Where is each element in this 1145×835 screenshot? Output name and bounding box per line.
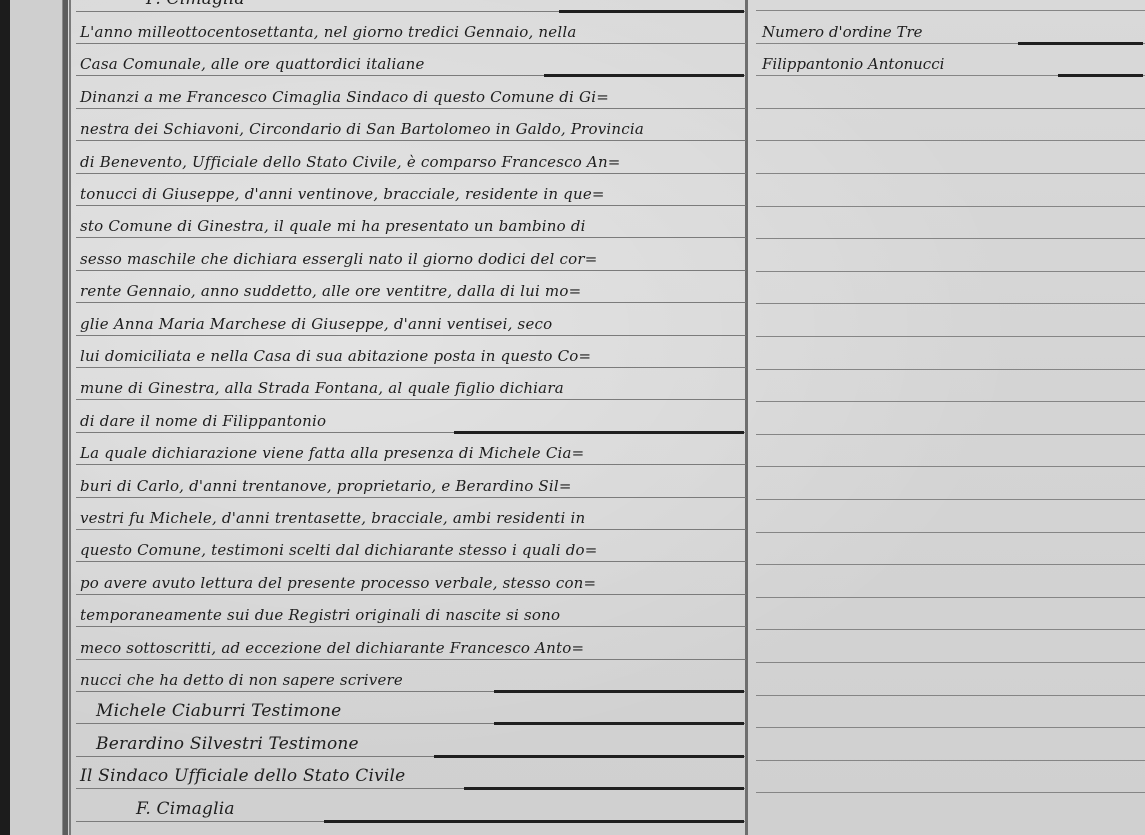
margin-rule xyxy=(62,0,68,835)
record-text-line: Casa Comunale, alle ore quattordici ital… xyxy=(76,44,746,76)
line-text: questo Comune, testimoni scelti dal dich… xyxy=(80,541,598,559)
record-text-line: sto Comune di Ginestra, il quale mi ha p… xyxy=(76,206,746,238)
record-text-line: lui domiciliata e nella Casa di sua abit… xyxy=(76,336,746,368)
left-margin xyxy=(10,0,62,835)
line-text: buri di Carlo, d'anni trentanove, propri… xyxy=(80,477,572,495)
line-text: rente Gennaio, anno suddetto, alle ore v… xyxy=(80,282,581,300)
blank-ruled-line xyxy=(756,271,1145,304)
line-text: meco sottoscritti, ad eccezione del dich… xyxy=(80,639,584,657)
child-name: Filippantonio Antonucci xyxy=(762,55,944,73)
previous-record-signature: F. Cimaglia xyxy=(146,0,245,9)
line-text: tonucci di Giuseppe, d'anni ventinove, b… xyxy=(80,185,605,203)
margin-notes-column: Numero d'ordine TreFilippantonio Antonuc… xyxy=(752,0,1145,835)
blank-ruled-line xyxy=(756,760,1145,793)
line-text: vestri fu Michele, d'anni trentasette, b… xyxy=(80,509,585,527)
line-text: lui domiciliata e nella Casa di sua abit… xyxy=(80,347,591,365)
record-text-line: rente Gennaio, anno suddetto, alle ore v… xyxy=(76,271,746,303)
record-text-line: nucci che ha detto di non sapere scriver… xyxy=(76,660,746,692)
line-text: La quale dichiarazione viene fatta alla … xyxy=(80,444,584,462)
signature-line: Michele Ciaburri Testimone xyxy=(76,692,746,724)
line-text: di Benevento, Ufficiale dello Stato Civi… xyxy=(80,153,621,171)
record-text-line: po avere avuto lettura del presente proc… xyxy=(76,563,746,595)
record-text-line: buri di Carlo, d'anni trentanove, propri… xyxy=(76,466,746,498)
margin-note-line: Numero d'ordine Tre xyxy=(756,11,1145,44)
record-text-line: questo Comune, testimoni scelti dal dich… xyxy=(76,530,746,562)
register-page: F. Cimaglia L'anno milleottocentosettant… xyxy=(0,0,1145,835)
signature-text: Il Sindaco Ufficiale dello Stato Civile xyxy=(80,766,405,786)
blank-ruled-line xyxy=(756,467,1145,500)
previous-record-signature-line: F. Cimaglia xyxy=(76,0,746,12)
record-text-line: vestri fu Michele, d'anni trentasette, b… xyxy=(76,498,746,530)
record-text-line: sesso maschile che dichiara essergli nat… xyxy=(76,239,746,271)
blank-ruled-line xyxy=(756,565,1145,598)
blank-ruled-line xyxy=(756,108,1145,141)
line-text: Dinanzi a me Francesco Cimaglia Sindaco … xyxy=(80,88,609,106)
line-text: sto Comune di Ginestra, il quale mi ha p… xyxy=(80,217,586,235)
signature-text: F. Cimaglia xyxy=(136,799,235,819)
blank-ruled-line xyxy=(756,663,1145,696)
blank-ruled-line xyxy=(756,304,1145,337)
blank-ruled-line xyxy=(756,0,1145,11)
line-text: di dare il nome di Filippantonio xyxy=(80,412,326,430)
record-body-column: F. Cimaglia L'anno milleottocentosettant… xyxy=(76,0,746,835)
record-text-line: L'anno milleottocentosettanta, nel giorn… xyxy=(76,12,746,44)
line-filler xyxy=(324,820,744,823)
record-text-line: di Benevento, Ufficiale dello Stato Civi… xyxy=(76,142,746,174)
signature-line: Berardino Silvestri Testimone xyxy=(76,725,746,757)
blank-ruled-line xyxy=(756,369,1145,402)
line-text: sesso maschile che dichiara essergli nat… xyxy=(80,250,597,268)
blank-ruled-line xyxy=(756,76,1145,109)
record-text-line: tonucci di Giuseppe, d'anni ventinove, b… xyxy=(76,174,746,206)
record-text-line: La quale dichiarazione viene fatta alla … xyxy=(76,433,746,465)
blank-ruled-line xyxy=(756,695,1145,728)
record-text-line: meco sottoscritti, ad eccezione del dich… xyxy=(76,628,746,660)
blank-ruled-line xyxy=(756,728,1145,761)
blank-ruled-line xyxy=(756,206,1145,239)
book-binding xyxy=(0,0,10,835)
blank-ruled-line xyxy=(756,337,1145,370)
signature-line: Il Sindaco Ufficiale dello Stato Civile xyxy=(76,757,746,789)
order-number: Numero d'ordine Tre xyxy=(762,23,923,41)
line-text: Casa Comunale, alle ore quattordici ital… xyxy=(80,55,425,73)
blank-ruled-line xyxy=(756,500,1145,533)
signature-text: Berardino Silvestri Testimone xyxy=(96,734,359,754)
line-text: nucci che ha detto di non sapere scriver… xyxy=(80,671,403,689)
line-text: temporaneamente sui due Registri origina… xyxy=(80,606,560,624)
blank-ruled-line xyxy=(756,402,1145,435)
blank-ruled-line xyxy=(756,630,1145,663)
line-text: L'anno milleottocentosettanta, nel giorn… xyxy=(80,23,576,41)
blank-ruled-line xyxy=(756,597,1145,630)
record-text-line: glie Anna Maria Marchese di Giuseppe, d'… xyxy=(76,304,746,336)
record-text-line: Dinanzi a me Francesco Cimaglia Sindaco … xyxy=(76,77,746,109)
line-text: mune di Ginestra, alla Strada Fontana, a… xyxy=(80,379,564,397)
record-text-line: mune di Ginestra, alla Strada Fontana, a… xyxy=(76,368,746,400)
blank-ruled-line xyxy=(756,174,1145,207)
line-text: po avere avuto lettura del presente proc… xyxy=(80,574,596,592)
record-text-line: temporaneamente sui due Registri origina… xyxy=(76,595,746,627)
blank-ruled-line xyxy=(756,141,1145,174)
line-text: glie Anna Maria Marchese di Giuseppe, d'… xyxy=(80,315,552,333)
blank-ruled-line xyxy=(756,434,1145,467)
record-text-line: di dare il nome di Filippantonio xyxy=(76,401,746,433)
margin-note-line: Filippantonio Antonucci xyxy=(756,43,1145,76)
line-text: nestra dei Schiavoni, Circondario di San… xyxy=(80,120,644,138)
record-text-line: nestra dei Schiavoni, Circondario di San… xyxy=(76,109,746,141)
blank-ruled-line xyxy=(756,239,1145,272)
signature-text: Michele Ciaburri Testimone xyxy=(96,701,341,721)
margin-rule-inner xyxy=(69,0,71,835)
signature-line: F. Cimaglia xyxy=(76,790,746,822)
blank-ruled-line xyxy=(756,532,1145,565)
